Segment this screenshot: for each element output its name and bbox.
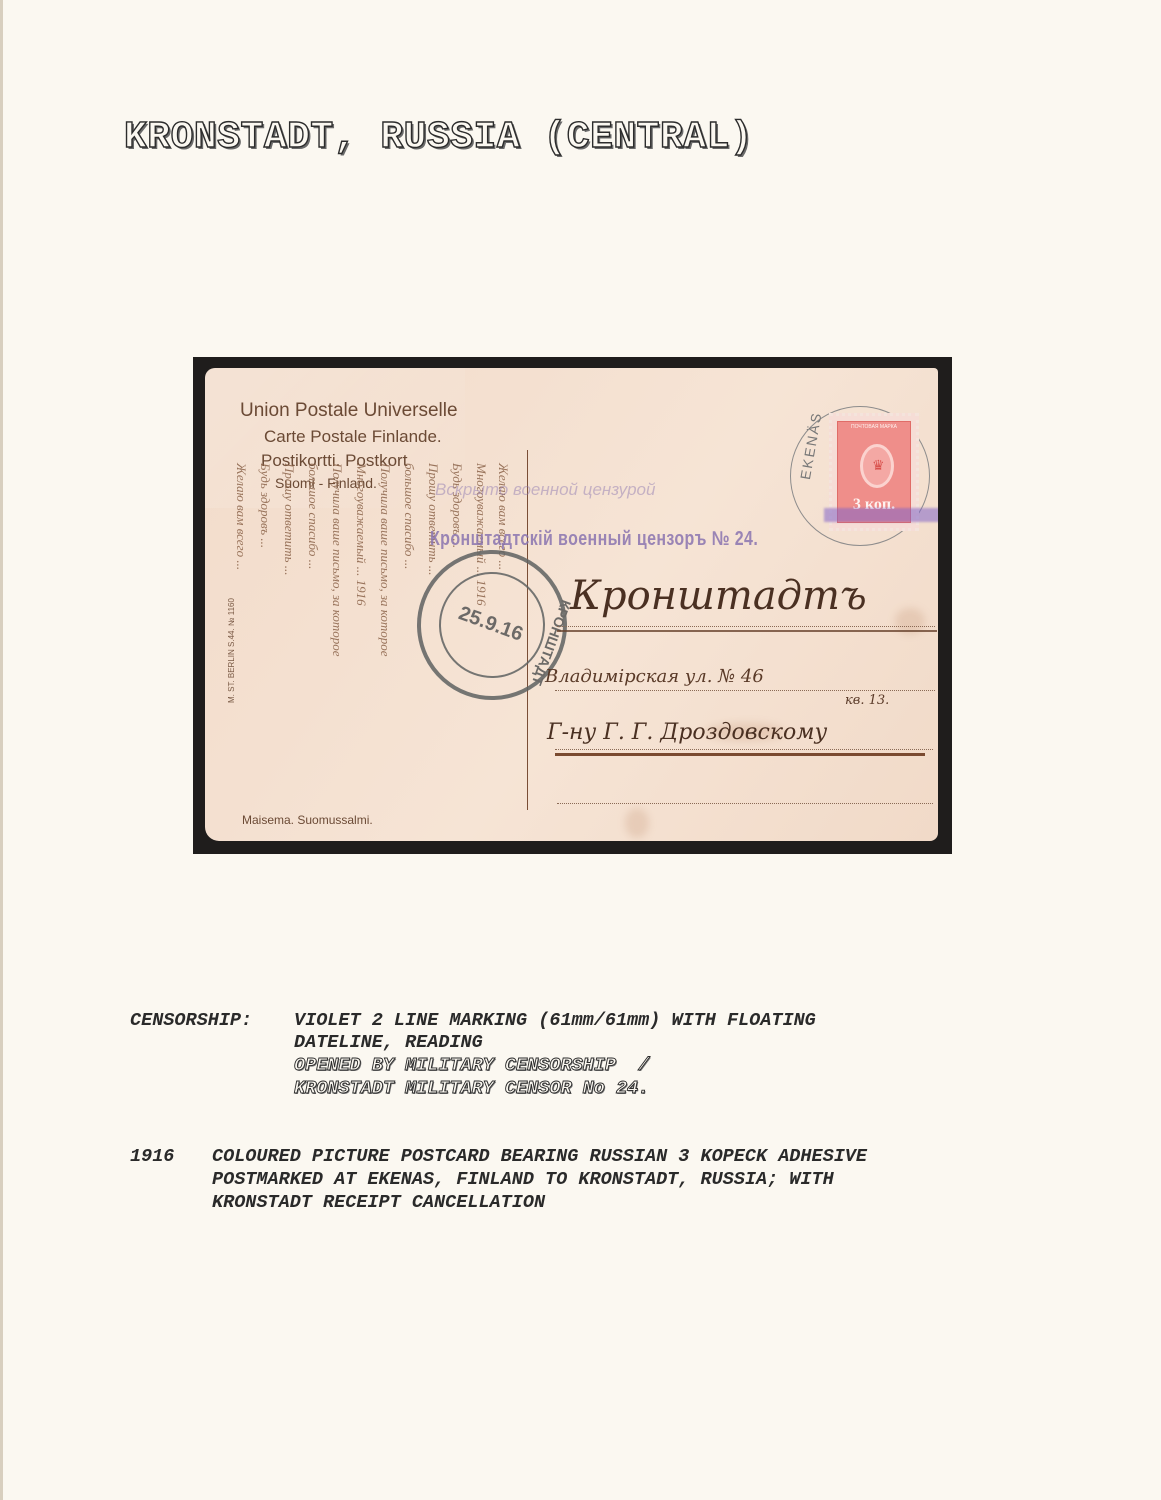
footer-caption: Maisema. Suomussalmi. xyxy=(242,813,373,827)
censor-marking-line-1: Вскрыто военной цензурой xyxy=(435,480,655,500)
message-line: Желаю вам всего ... xyxy=(233,463,249,570)
censor-marking-line-2: Кронштадтскій военный цензоръ № 24. xyxy=(430,528,758,551)
item-line-2: POSTMARKED AT EKENAS, FINLAND TO KRONSTA… xyxy=(212,1169,834,1191)
message-line: большое спасибо ... xyxy=(305,463,321,569)
address-city: Кронштадтъ xyxy=(570,573,867,619)
printer-credit: M. ST. BERLIN S.44. № 1160 xyxy=(227,598,236,703)
stain xyxy=(625,808,649,838)
address-apartment: кв. 13. xyxy=(845,693,889,708)
censorship-line-2: DATELINE, READING xyxy=(294,1032,483,1054)
message-line: Получила ваше письмо, за которое xyxy=(329,463,345,657)
header-upu: Union Postale Universelle xyxy=(240,400,458,422)
stamp-violet-dateline xyxy=(824,508,938,522)
address-dotted-line xyxy=(555,749,933,750)
message-line: Многоуважаемый ... 1916 xyxy=(353,463,369,606)
censorship-reading-line-1: OPENED BY MILITARY CENSORSHIP / xyxy=(294,1055,649,1077)
item-line-3: KRONSTADT RECEIPT CANCELLATION xyxy=(212,1192,545,1214)
address-street: Владимірская ул. № 46 xyxy=(545,666,764,687)
address-rule xyxy=(555,753,925,756)
page-edge xyxy=(0,0,3,1500)
header-carte-postale: Carte Postale Finlande. xyxy=(264,427,442,447)
double-eagle-icon: ♛ xyxy=(872,458,885,475)
address-dotted-line xyxy=(557,626,935,627)
censorship-reading-line-2: KRONSTADT MILITARY CENSOR No 24. xyxy=(294,1078,649,1100)
item-line-1: COLOURED PICTURE POSTCARD BEARING RUSSIA… xyxy=(212,1146,867,1168)
address-recipient: Г-ну Г. Г. Дроздовскому xyxy=(547,720,827,745)
postage-stamp: ПОЧТОВАЯ МАРКА ♛ 3 коп. xyxy=(829,413,919,531)
message-line: большое спасибо ... xyxy=(401,463,417,569)
address-dotted-line xyxy=(557,803,933,804)
stamp-oval: ♛ xyxy=(860,444,894,488)
message-line: Получила ваше письмо, за которое xyxy=(377,463,393,657)
album-mount: Union Postale Universelle Carte Postale … xyxy=(193,357,952,854)
address-dotted-line xyxy=(555,690,935,691)
message-line: Прошу ответить ... xyxy=(281,463,297,576)
page-title: KRONSTADT, RUSSIA (CENTRAL) xyxy=(124,116,753,159)
censorship-line-1: VIOLET 2 LINE MARKING (61mm/61mm) WITH F… xyxy=(294,1010,816,1032)
stamp-inscription: ПОЧТОВАЯ МАРКА xyxy=(838,424,910,430)
message-line: Будь здоровъ ... xyxy=(257,463,273,548)
censorship-label: CENSORSHIP: xyxy=(130,1010,252,1032)
item-year: 1916 xyxy=(130,1146,174,1168)
postcard: Union Postale Universelle Carte Postale … xyxy=(205,368,938,841)
address-underline xyxy=(557,630,937,632)
